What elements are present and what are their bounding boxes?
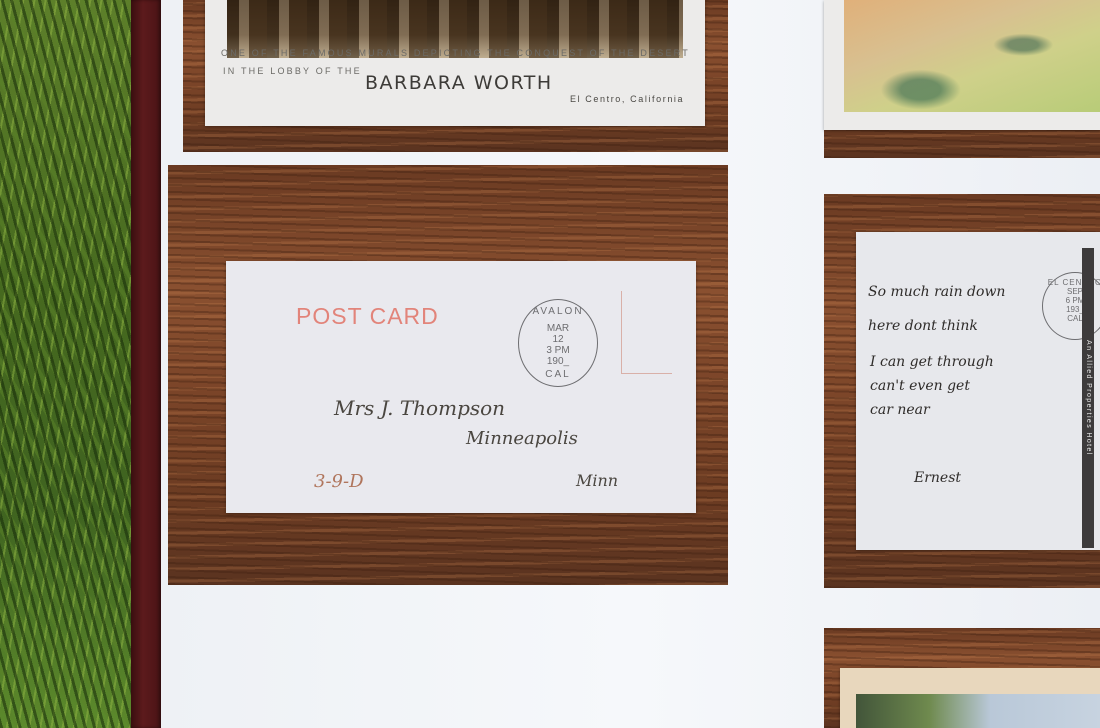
- signature: Ernest: [914, 470, 961, 486]
- grass-background: [0, 0, 150, 728]
- message-line-3: I can get through: [870, 354, 994, 370]
- postcard-title: POST CARD: [296, 303, 439, 330]
- message-line-4: can't even get: [870, 378, 970, 394]
- postcard-tree-landscape: [840, 668, 1100, 728]
- address-line-1: Mrs J. Thompson: [334, 396, 505, 420]
- message-line-1: So much rain down: [868, 284, 1005, 300]
- postmark-year: 190_: [519, 356, 597, 367]
- location-text: El Centro, California: [570, 94, 684, 104]
- postcard-desert-landscape: [824, 0, 1100, 130]
- panel-middle-right-frame: EL CENTRO SEP 6 PM 193_ CAL So much rain…: [824, 194, 1100, 588]
- postmark-month: MAR: [519, 323, 597, 334]
- postmark-avalon: AVALON MAR 12 3 PM 190_ CAL: [518, 299, 598, 387]
- stamp-corner: [621, 291, 672, 374]
- handwritten-note: 3-9-D: [314, 471, 364, 492]
- postmark-state: CAL: [519, 369, 597, 380]
- postmark-time: 3 PM: [519, 345, 597, 356]
- brand-name: BARBARA WORTH: [365, 72, 553, 94]
- address-line-2: Minneapolis: [466, 428, 578, 449]
- address-line-3: Minn: [576, 471, 618, 490]
- message-line-2: here dont think: [868, 318, 978, 334]
- postmark-day: 12: [519, 334, 597, 345]
- hotel-side-strip: An Allied Properties Hotel: [1082, 248, 1094, 548]
- message-line-5: car near: [870, 402, 930, 418]
- postmark-town: AVALON: [519, 306, 597, 317]
- panel-top-right-frame: [824, 0, 1100, 158]
- tree-landscape-illustration: [856, 694, 1100, 728]
- quilt-binding: [131, 0, 161, 728]
- postcard-avalon: POST CARD AVALON MAR 12 3 PM 190_ CAL Mr…: [226, 261, 696, 513]
- landscape-illustration: [844, 0, 1100, 112]
- postcard-barbara-worth: One of the famous murals depicting the c…: [205, 0, 705, 126]
- panel-middle-left-frame: POST CARD AVALON MAR 12 3 PM 190_ CAL Mr…: [168, 165, 728, 585]
- panel-top-left-frame: One of the famous murals depicting the c…: [183, 0, 728, 152]
- caption-line-1: One of the famous murals depicting the c…: [221, 48, 683, 58]
- postcard-handwritten-message: EL CENTRO SEP 6 PM 193_ CAL So much rain…: [856, 232, 1100, 550]
- panel-bottom-right-frame: [824, 628, 1100, 728]
